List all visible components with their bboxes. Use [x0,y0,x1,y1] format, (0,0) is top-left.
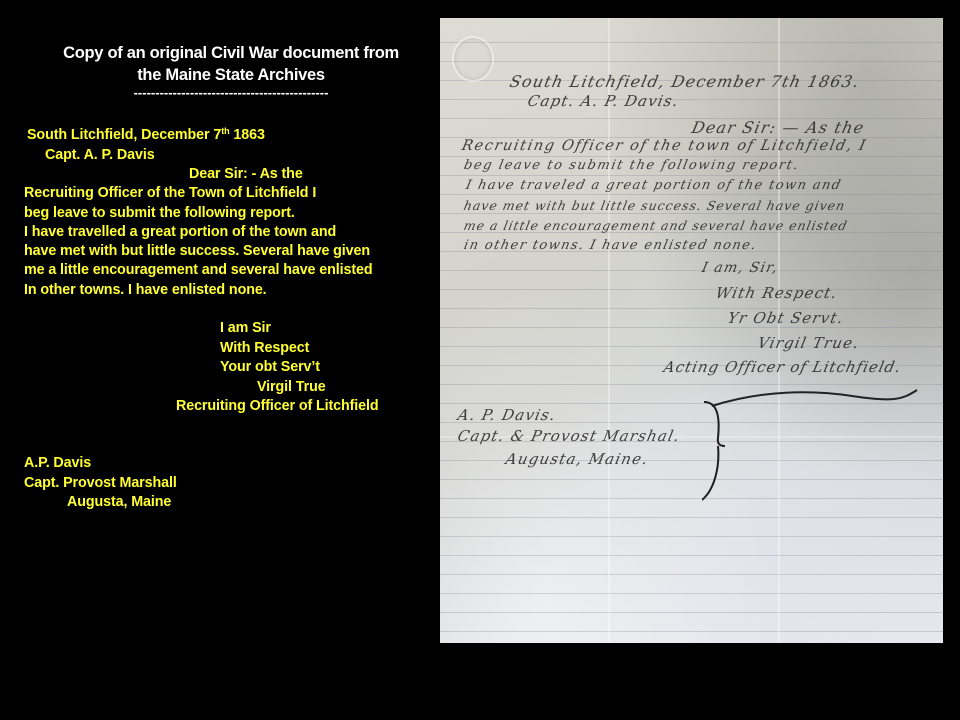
handwritten-line: Recruiting Officer of the town of Litchf… [460,138,868,154]
year-text: 1863 [230,127,265,143]
brace-icon [702,398,726,504]
body-line: have met with but little success. Severa… [24,242,370,261]
date-ordinal-suffix: th [221,126,229,136]
handwritten-line: Dear Sir: — As the [690,118,867,137]
embossed-seal-icon [452,36,494,82]
handwritten-line: Yr Obt Servt. [726,309,846,327]
body-line: me a little encouragement and several ha… [24,261,373,280]
signature-name: Virgil True [257,378,326,397]
body-line: In other towns. I have enlisted none. [24,281,267,300]
handwritten-line: Virgil True. [756,334,861,352]
slide: Copy of an original Civil War document f… [0,0,960,720]
salutation-line: Dear Sir: - As the [189,165,303,184]
handwritten-line: Acting Officer of Litchfield. [662,358,903,376]
handwritten-line: beg leave to submit the following report… [462,158,800,173]
handwritten-line: in other towns. I have enlisted none. [462,238,758,253]
handwritten-line: Augusta, Maine. [504,450,650,468]
handwritten-line: I have traveled a great portion of the t… [464,178,843,193]
body-line: beg leave to submit the following report… [24,204,295,223]
signature-title: Recruiting Officer of Litchfield [176,397,379,416]
handwritten-line: South Litchfield, December 7th 1863. [508,72,862,91]
signature-flourish-icon [702,386,922,410]
closing-line: I am Sir [220,319,271,338]
original-letter-photo: South Litchfield, December 7th 1863. Cap… [440,18,943,643]
slide-title: Copy of an original Civil War document f… [24,42,438,100]
handwritten-line: With Respect. [714,284,839,302]
recipient-name: A.P. Davis [24,454,91,473]
ruled-lines [440,18,943,643]
handwritten-line: Capt. & Provost Marshal. [456,427,682,445]
handwritten-line: I am, Sir, [700,260,780,276]
paper-fold [608,18,610,643]
body-line: Recruiting Officer of the Town of Litchf… [24,184,316,203]
addressee-line: Capt. A. P. Davis [45,146,155,165]
closing-line: With Respect [220,339,309,358]
body-line: I have travelled a great portion of the … [24,223,336,242]
place-date-line: South Litchfield, December 7th 1863 [27,126,265,145]
handwritten-line: A. P. Davis. [456,406,558,424]
title-separator: ----------------------------------------… [24,86,438,100]
place-date-text: South Litchfield, December 7 [27,127,221,143]
handwritten-line: me a little encouragement and several ha… [462,218,849,233]
paper-fold [778,18,780,643]
handwritten-line: Capt. A. P. Davis. [526,92,681,110]
title-line-2: the Maine State Archives [24,64,438,86]
closing-line: Your obt Serv’t [220,358,320,377]
handwritten-line: have met with but little success. Severa… [462,198,846,213]
recipient-location: Augusta, Maine [67,493,171,512]
recipient-rank: Capt. Provost Marshall [24,474,177,493]
title-line-1: Copy of an original Civil War document f… [24,42,438,64]
